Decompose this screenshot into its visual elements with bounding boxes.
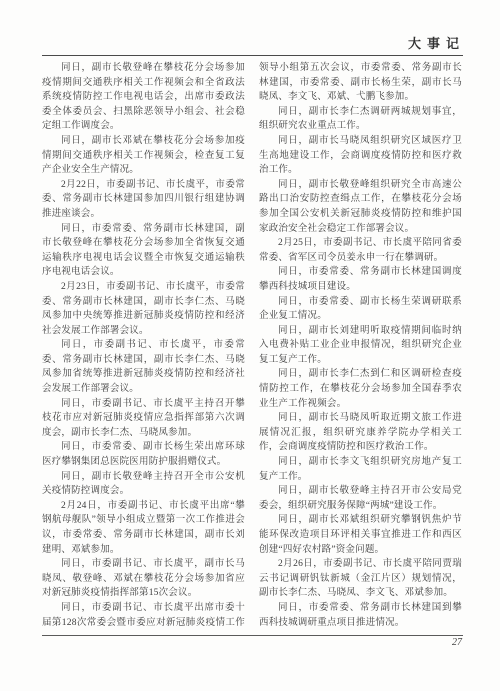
paragraph: 同日，副市长敬登峰在攀枝花分会场参加疫情期间交通秩序相关工作视频会和全省政法系统… bbox=[42, 61, 245, 134]
paragraph: 同日，副市长敬登峰主持召开市公安局党委会，组织研究服务保障“两城”建设工作。 bbox=[259, 484, 462, 513]
paragraph: 同日，副市长邓斌组织研究攀钢钒焦炉节能环保改造项目环评相关事宜推进工作和西区创建… bbox=[259, 513, 462, 557]
paragraph: 同日，副市长李仁杰到仁和区调研检查疫情防控工作，在攀枝花分会场参加全国春季农业生… bbox=[259, 367, 462, 411]
paragraph: 同日，副市长李仁杰调研两城规划事宜，组织研究农业重点工作。 bbox=[259, 105, 462, 134]
paragraph: 同日，副市长邓斌在攀枝花分会场参加疫情期间交通秩序相关工作视频会，检查复工复产企… bbox=[42, 134, 245, 178]
paragraph: 同日，市委常委、常务副市长林建国，副市长敬登峰在攀枝花分会场参加全省恢复交通运输… bbox=[42, 222, 245, 280]
paragraph: 同日，市委副书记、市长虞平，市委常委、常务副市长林建国，副市长李仁杰、马晓凤参加… bbox=[42, 338, 245, 396]
paragraph: 同日，副市长敬登峰主持召开全市公安机关疫情防控调度会。 bbox=[42, 470, 245, 499]
paragraph: 同日，市委副书记、市长虞平，副市长马晓凤、敬登峰、邓斌在攀枝花分会场参加省应对新… bbox=[42, 557, 245, 601]
paragraph: 同日，市委常委、常务副市长林建国到攀西科技城调研重点项目推进情况。 bbox=[259, 601, 462, 630]
paragraph: 同日，副市长李文飞组织研究房地产复工复产工作。 bbox=[259, 455, 462, 484]
paragraph: 同日，市委常委、常务副市长林建国调度攀西科技城项目建设。 bbox=[259, 265, 462, 294]
paragraph: 同日，市委副书记、市长虞平主持召开攀枝花市应对新冠肺炎疫情应急指挥部第六次调度会… bbox=[42, 397, 245, 441]
running-head: 大事记 bbox=[42, 33, 463, 56]
paragraph: 同日，副市长刘建明听取疫情期间临时纳入电费补贴工业企业申报情况，组织研究企业复工… bbox=[259, 324, 462, 368]
paragraph: 2月22日，市委副书记、市长虞平，市委常委、常务副市长林建国参加四川银行组建协调… bbox=[42, 178, 245, 222]
paragraph: 同日，副市长敬登峰组织研究全市高速公路出口治安防控查缉点工作，在攀枝花分会场参加… bbox=[259, 178, 462, 236]
paragraph: 同日，副市长马晓凤听取近期文旅工作进展情况汇报，组织研究康养学院办学相关工作，会… bbox=[259, 411, 462, 455]
paragraph: 同日，市委常委、副市长杨生荣调研联系企业复工情况。 bbox=[259, 295, 462, 324]
document-page: 大事记 同日，副市长敬登峰在攀枝花分会场参加疫情期间交通秩序相关工作视频会和全省… bbox=[0, 0, 500, 691]
paragraph: 2月26日，市委副书记、市长虞平陪同贾瑞云书记调研钒钛新城（金江片区）规划情况，… bbox=[259, 557, 462, 601]
paragraph: 2月23日，市委副书记、市长虞平，市委常委、常务副市长林建国，副市长李仁杰、马晓… bbox=[42, 280, 245, 338]
paragraph: 2月24日，市委副书记、市长虞平出席“攀钢航母舰队”领导小组成立暨第一次工作推进… bbox=[42, 499, 245, 557]
footer-rule bbox=[42, 635, 463, 636]
page-number: 27 bbox=[452, 637, 462, 648]
chronicle-text: 同日，副市长敬登峰在攀枝花分会场参加疫情期间交通秩序相关工作视频会和全省政法系统… bbox=[42, 61, 462, 633]
paragraph: 同日，市委常委、副市长杨生荣出席环球医疗攀钢集团总医院医用防护服捐赠仪式。 bbox=[42, 440, 245, 469]
page-title: 大事记 bbox=[408, 36, 465, 51]
paragraph: 2月25日，市委副书记、市长虞平陪同省委常委、省军区司令员姜永申一行在攀调研。 bbox=[259, 236, 462, 265]
paragraph: 同日，副市长马晓凤组织研究区域医疗卫生高地建设工作，会商调度疫情防控和医疗救治工… bbox=[259, 134, 462, 178]
